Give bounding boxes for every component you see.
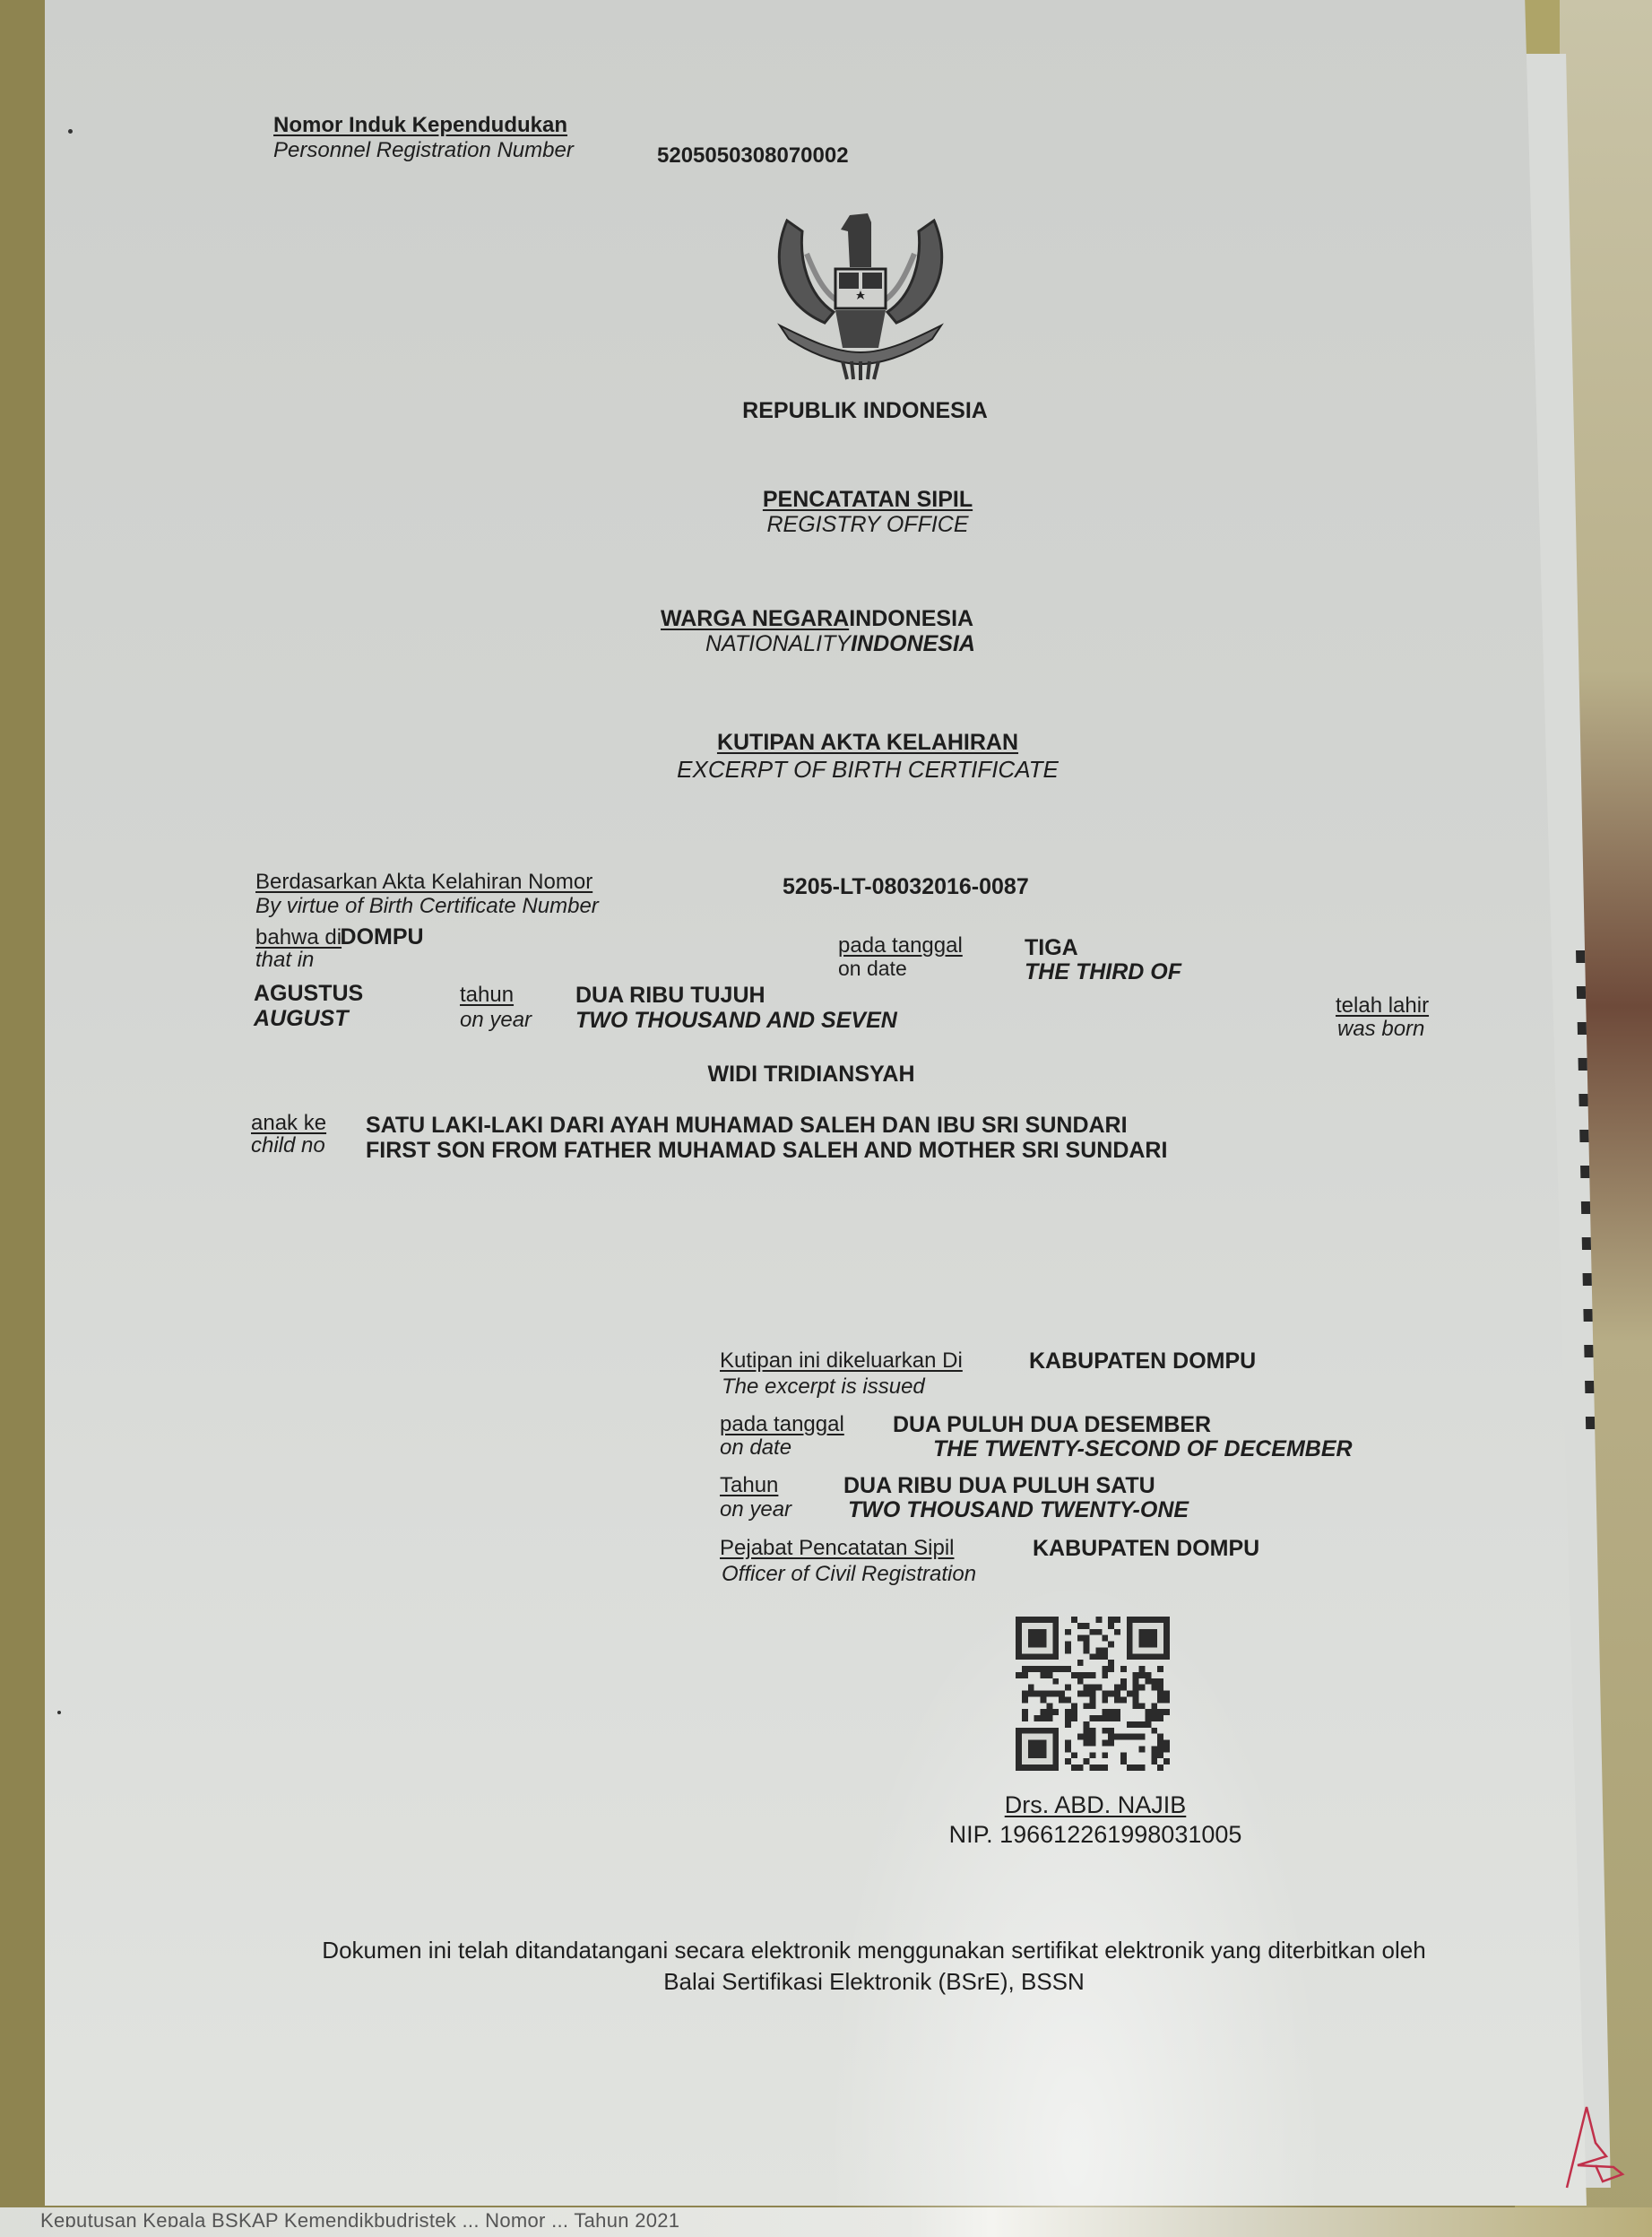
footer-line-2: Balai Sertifikasi Elektronik (BSrE), BSS…	[663, 1968, 1085, 1996]
birth-place-line: bahwa di DOMPU	[255, 924, 424, 950]
document-title: KUTIPAN AKTA KELAHIRAN	[717, 730, 1018, 756]
birth-place-label: bahwa di	[255, 925, 342, 949]
birth-date-label-en: on date	[838, 957, 907, 981]
child-order-value-en: FIRST SON FROM FATHER MUHAMAD SALEH AND …	[366, 1138, 1167, 1164]
birth-year-label-en: on year	[460, 1008, 532, 1033]
issued-place-value: KABUPATEN DOMPU	[1029, 1348, 1256, 1374]
birth-year-value-en: TWO THOUSAND AND SEVEN	[575, 1008, 897, 1034]
officer-value: KABUPATEN DOMPU	[1033, 1536, 1259, 1562]
nationality-label-en: NATIONALITY	[705, 631, 851, 656]
speck	[68, 129, 73, 134]
pen-mark-icon	[1560, 2103, 1627, 2192]
office-label: PENCATATAN SIPIL	[763, 487, 973, 513]
footer-line-1: Dokumen ini telah ditandatangani secara …	[322, 1937, 1425, 1964]
nationality-value: INDONESIA	[849, 606, 973, 631]
nationality-line: WARGA NEGARAINDONESIA	[661, 606, 973, 632]
garuda-emblem-icon	[771, 204, 950, 384]
issued-date-value: DUA PULUH DUA DESEMBER	[893, 1412, 1211, 1438]
nationality-label: WARGA NEGARA	[661, 606, 849, 631]
birth-month-value: AGUSTUS	[254, 981, 363, 1007]
underlying-page-strip: Keputusan Kepala BSKAP Kemendikbudristek…	[0, 2207, 1652, 2237]
cert-number-label: Berdasarkan Akta Kelahiran Nomor	[255, 870, 592, 895]
nik-value: 5205050308070002	[657, 143, 849, 169]
issued-date-label: pada tanggal	[720, 1412, 844, 1437]
birth-year-label: tahun	[460, 983, 514, 1008]
officer-label-en: Officer of Civil Registration	[722, 1562, 976, 1587]
cert-number-value: 5205-LT-08032016-0087	[783, 874, 1029, 900]
signatory-nip: NIP. 196612261998031005	[949, 1821, 1242, 1849]
child-order-label-en: child no	[251, 1133, 325, 1158]
child-name: WIDI TRIDIANSYAH	[707, 1062, 914, 1088]
birth-date-label: pada tanggal	[838, 933, 963, 958]
cert-number-label-en: By virtue of Birth Certificate Number	[255, 894, 599, 919]
signatory-name: Drs. ABD. NAJIB	[1005, 1791, 1187, 1819]
born-label: telah lahir	[1336, 993, 1429, 1019]
nationality-value-en: INDONESIA	[851, 631, 975, 656]
issued-year-value-en: TWO THOUSAND TWENTY-ONE	[848, 1497, 1189, 1523]
officer-label: Pejabat Pencatatan Sipil	[720, 1536, 955, 1561]
birth-place-value: DOMPU	[341, 924, 424, 949]
issued-place-label: Kutipan ini dikeluarkan Di	[720, 1348, 963, 1374]
birth-day-value: TIGA	[1025, 935, 1078, 961]
issued-date-label-en: on date	[720, 1435, 791, 1461]
issued-date-value-en: THE TWENTY-SECOND OF DECEMBER	[933, 1436, 1353, 1462]
underlying-page-text: Keputusan Kepala BSKAP Kemendikbudristek…	[40, 2209, 679, 2227]
qr-code-icon	[1016, 1617, 1170, 1771]
birth-day-value-en: THE THIRD OF	[1025, 959, 1181, 985]
born-label-en: was born	[1337, 1017, 1424, 1042]
birth-place-label-en: that in	[255, 948, 314, 973]
nik-label: Nomor Induk Kependudukan	[273, 113, 567, 138]
document-title-en: EXCERPT OF BIRTH CERTIFICATE	[677, 756, 1059, 784]
child-order-label: anak ke	[251, 1111, 326, 1136]
issued-year-label: Tahun	[720, 1473, 778, 1498]
nik-label-en: Personnel Registration Number	[273, 138, 574, 163]
speck	[57, 1711, 61, 1714]
office-label-en: REGISTRY OFFICE	[766, 512, 968, 538]
country-name: REPUBLIK INDONESIA	[742, 398, 988, 424]
child-order-value: SATU LAKI-LAKI DARI AYAH MUHAMAD SALEH D…	[366, 1113, 1128, 1139]
nationality-line-en: NATIONALITYINDONESIA	[705, 631, 975, 657]
issued-place-label-en: The excerpt is issued	[722, 1374, 925, 1400]
birth-year-value: DUA RIBU TUJUH	[575, 983, 765, 1009]
birth-month-value-en: AUGUST	[254, 1006, 349, 1032]
issued-year-label-en: on year	[720, 1497, 791, 1522]
issued-year-value: DUA RIBU DUA PULUH SATU	[843, 1473, 1155, 1499]
